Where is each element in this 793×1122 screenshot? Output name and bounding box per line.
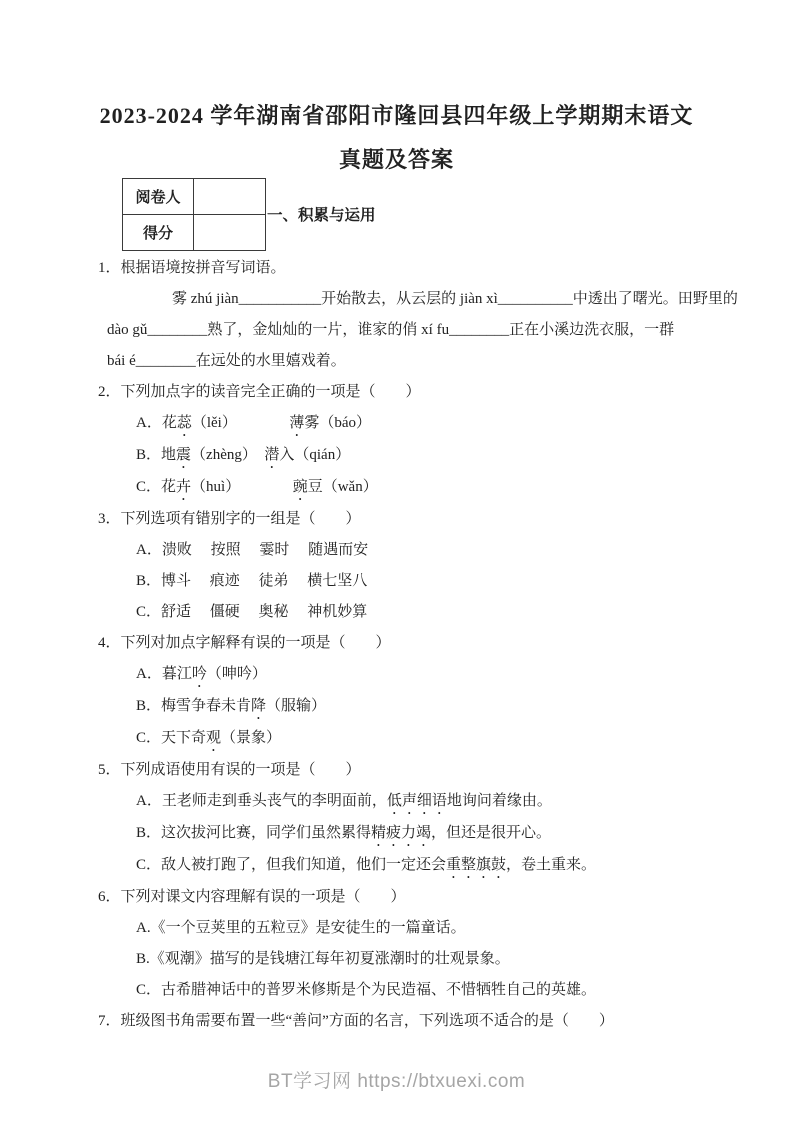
question-6-stem: 6．下列对课文内容理解有误的一项是（ ）	[98, 882, 768, 913]
option-text: A.《一个豆荚里的五粒豆》是安徒生的一篇童话。	[136, 920, 466, 936]
dotted-emphasis-text: 潜	[264, 447, 279, 463]
question-7-stem: 7．班级图书角需要布置一些“善问”方面的名言，下列选项不适合的是（ ）	[98, 1006, 768, 1037]
option-text: B．博斗 痕迹 徒弟 横七坚八	[136, 573, 367, 589]
option-text: C．天下奇	[136, 730, 206, 746]
dotted-emphasis-text: 豌	[293, 479, 308, 495]
option-text: 雾（báo）	[304, 415, 371, 431]
option-text: （景象）	[221, 730, 281, 746]
dotted-emphasis-text: 卉	[176, 479, 191, 495]
grader-label-cell: 阅卷人	[123, 179, 194, 215]
question-5-stem: 5．下列成语使用有误的一项是（ ）	[98, 755, 768, 786]
option-text: B．地	[136, 447, 176, 463]
option-text: （zhèng）	[191, 447, 264, 463]
question-6-option-b: B.《观潮》描写的是钱塘江每年初夏涨潮时的壮观景象。	[98, 944, 768, 975]
dotted-emphasis-text: 低声细语	[387, 793, 447, 809]
option-text: B．梅雪争春未肯	[136, 698, 251, 714]
question-1-stem: 1．根据语境按拼音写词语。	[98, 253, 768, 284]
question-3-option-a: A．溃败 按照 霎时 随遇而安	[98, 535, 768, 566]
option-text: 豆（wǎn）	[308, 479, 378, 495]
footer-watermark: BT学习网 https://btxuexi.com	[0, 1066, 793, 1093]
page-title-line-1: 2023-2024 学年湖南省邵阳市隆回县四年级上学期期末语文	[0, 99, 793, 130]
table-row: 阅卷人	[123, 179, 266, 215]
question-3-option-c: C．舒适 僵硬 奥秘 神机妙算	[98, 597, 768, 628]
option-text: A．王老师走到垂头丧气的李明面前，	[136, 793, 387, 809]
section-heading: 一、积累与运用	[267, 206, 376, 226]
option-text: B.《观潮》描写的是钱塘江每年初夏涨潮时的壮观景象。	[136, 951, 510, 967]
option-text: B．这次拔河比赛，同学们虽然累得	[136, 825, 371, 841]
question-5-option-c: C．敌人被打跑了，但我们知道，他们一定还会重整旗鼓，卷土重来。	[98, 850, 768, 882]
pinyin-paragraph-line-3: bái é________在远处的水里嬉戏着。	[98, 346, 768, 377]
dotted-emphasis-text: 观	[206, 730, 221, 746]
pinyin-paragraph-line-1: 雾 zhú jiàn___________开始散去，从云层的 jiàn xì__…	[98, 284, 768, 315]
option-text: A．溃败 按照 霎时 随遇而安	[136, 542, 368, 558]
question-5-option-a: A．王老师走到垂头丧气的李明面前，低声细语地询问着缘由。	[98, 786, 768, 818]
question-3-option-b: B．博斗 痕迹 徒弟 横七坚八	[98, 566, 768, 597]
question-2-option-c: C．花卉（huì） 豌豆（wǎn）	[98, 472, 768, 504]
table-row: 得分	[123, 215, 266, 251]
question-6-option-a: A.《一个豆荚里的五粒豆》是安徒生的一篇童话。	[98, 913, 768, 944]
dotted-emphasis-text: 降	[251, 698, 266, 714]
option-text: （huì）	[191, 479, 293, 495]
question-4-option-c: C．天下奇观（景象）	[98, 723, 768, 755]
question-3-stem: 3．下列选项有错别字的一组是（ ）	[98, 504, 768, 535]
dotted-emphasis-text: 吟	[192, 666, 207, 682]
question-2-option-b: B．地震（zhèng） 潜入（qián）	[98, 440, 768, 472]
option-text: （呻吟）	[207, 666, 267, 682]
question-4-stem: 4．下列对加点字解释有误的一项是（ ）	[98, 628, 768, 659]
dotted-emphasis-text: 薄	[289, 415, 304, 431]
question-5-option-b: B．这次拔河比赛，同学们虽然累得精疲力竭，但还是很开心。	[98, 818, 768, 850]
question-2-option-a: A．花蕊（lěi） 薄雾（báo）	[98, 408, 768, 440]
exam-paper-page: { "header": { "title_line1": "2023-2024 …	[0, 0, 793, 1122]
option-text: C．舒适 僵硬 奥秘 神机妙算	[136, 604, 367, 620]
question-4-option-a: A．暮江吟（呻吟）	[98, 659, 768, 691]
option-text: 地询问着缘由。	[447, 793, 552, 809]
option-text: （服输）	[266, 698, 326, 714]
option-text: C．花	[136, 479, 176, 495]
question-2-stem: 2．下列加点字的读音完全正确的一项是（ ）	[98, 377, 768, 408]
dotted-emphasis-text: 重整旗鼓	[446, 857, 506, 873]
pinyin-paragraph-line-2: dào gǔ________熟了，金灿灿的一片，谁家的俏 xí fu______…	[98, 315, 768, 346]
dotted-emphasis-text: 震	[176, 447, 191, 463]
grading-table: 阅卷人 得分	[122, 178, 266, 251]
option-text: 入（qián）	[279, 447, 350, 463]
score-value-cell	[194, 215, 266, 251]
dotted-emphasis-text: 蕊	[177, 415, 192, 431]
option-text: （lěi）	[192, 415, 290, 431]
grader-value-cell	[194, 179, 266, 215]
score-label-cell: 得分	[123, 215, 194, 251]
option-text: A．花	[136, 415, 177, 431]
option-text: A．暮江	[136, 666, 192, 682]
question-list: 1．根据语境按拼音写词语。 雾 zhú jiàn___________开始散去，…	[98, 253, 768, 1037]
question-4-option-b: B．梅雪争春未肯降（服输）	[98, 691, 768, 723]
option-text: ，卷土重来。	[506, 857, 596, 873]
option-text: ，但还是很开心。	[431, 825, 551, 841]
option-text: C．古希腊神话中的普罗米修斯是个为民造福、不惜牺牲自己的英雄。	[136, 982, 596, 998]
question-6-option-c: C．古希腊神话中的普罗米修斯是个为民造福、不惜牺牲自己的英雄。	[98, 975, 768, 1006]
dotted-emphasis-text: 精疲力竭	[371, 825, 431, 841]
option-text: C．敌人被打跑了，但我们知道，他们一定还会	[136, 857, 446, 873]
page-title-line-2: 真题及答案	[0, 143, 793, 174]
